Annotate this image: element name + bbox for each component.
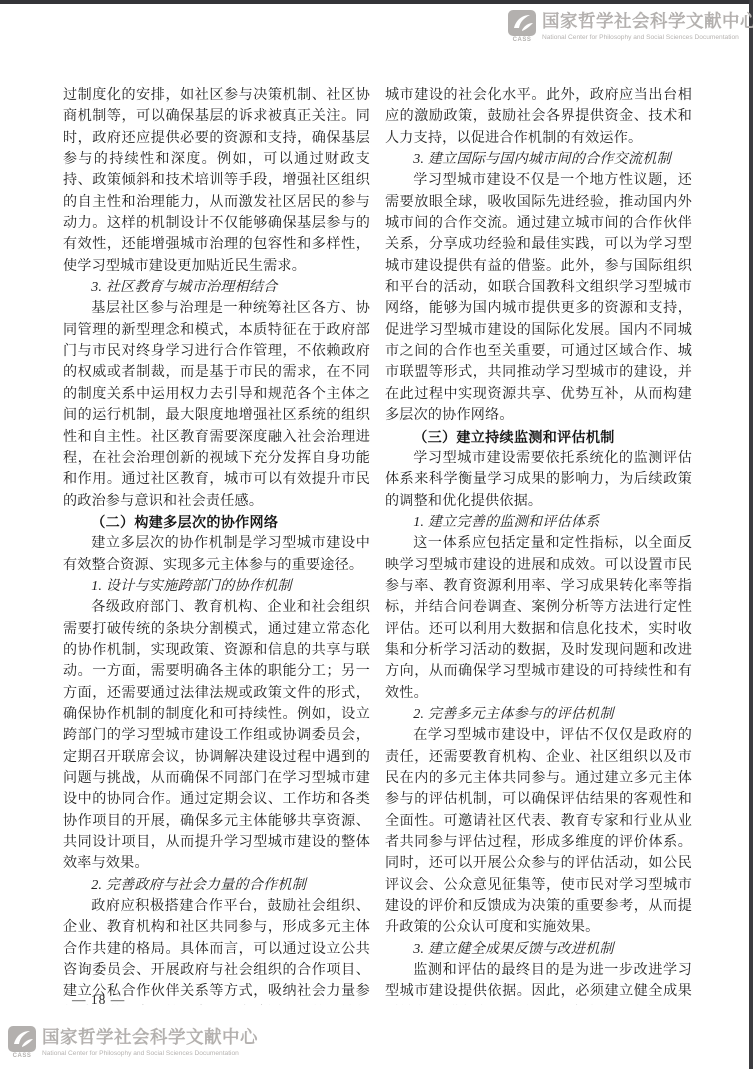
logo-title-cn: 国家哲学社会科学文献中心 — [542, 10, 753, 33]
paragraph: 监测和评估的最终目的是为进一步改进学习型城市建设提供依据。因此，必须建立健全成果… — [385, 960, 692, 1005]
subsection-heading: 1. 建立完善的监测和评估体系 — [385, 512, 692, 533]
section-heading: （三）建立持续监测和评估机制 — [385, 427, 692, 448]
subsection-heading: 2. 完善多元主体参与的评估机制 — [385, 704, 692, 725]
paragraph: 在学习型城市建设中，评估不仅仅是政府的责任，还需要教育机构、企业、社区组织以及市… — [385, 725, 692, 938]
article-column-right: 城市建设的社会化水平。此外，政府应当出台相应的激励政策，鼓励社会各界提供资金、技… — [385, 85, 692, 1005]
subsection-heading: 3. 社区教育与城市治理相结合 — [63, 277, 370, 298]
logo-title-en: National Center for Philosophy and Socia… — [542, 33, 753, 42]
paragraph: 基层社区参与治理是一种统筹社区各方、协同管理的新型理念和模式，本质特征在于政府部… — [63, 298, 370, 511]
article-column-left: 过制度化的安排，如社区参与决策机制、社区协商机制等，可以确保基层的诉求被真正关注… — [63, 85, 370, 1005]
logo-acronym: CASS — [513, 37, 532, 43]
paragraph: 建立多层次的协作机制是学习型城市建设中有效整合资源、实现多元主体参与的重要途径。 — [63, 533, 370, 576]
subsection-heading: 3. 建立健全成果反馈与改进机制 — [385, 939, 692, 960]
logo-badge: CASS — [508, 10, 536, 43]
ncpssd-logo-icon — [508, 10, 536, 36]
footer-logo: CASS 国家哲学社会科学文献中心 National Center for Ph… — [8, 1026, 258, 1059]
article-columns: 过制度化的安排，如社区参与决策机制、社区协商机制等，可以确保基层的诉求被真正关注… — [63, 85, 692, 1005]
window-right-edge — [749, 0, 753, 1069]
paragraph: 政府应积极搭建合作平台，鼓励社会组织、企业、教育机构和社区共同参与，形成多元主体… — [63, 896, 370, 1005]
section-heading: （二）构建多层次的协作网络 — [63, 512, 370, 533]
paragraph: 这一体系应包括定量和定性指标，以全面反映学习型城市建设的进展和成效。可以设置市民… — [385, 533, 692, 704]
ncpssd-logo-icon — [8, 1026, 36, 1052]
subsection-heading: 1. 设计与实施跨部门的协作机制 — [63, 576, 370, 597]
paragraph: 学习型城市建设需要依托系统化的监测评估体系来科学衡量学习成果的影响力，为后续政策… — [385, 448, 692, 512]
header-logo: CASS 国家哲学社会科学文献中心 National Center for Ph… — [508, 10, 753, 43]
paragraph-continued: 过制度化的安排，如社区参与决策机制、社区协商机制等，可以确保基层的诉求被真正关注… — [63, 85, 370, 277]
paragraph-continued: 城市建设的社会化水平。此外，政府应当出台相应的激励政策，鼓励社会各界提供资金、技… — [385, 85, 692, 149]
logo-title-cn: 国家哲学社会科学文献中心 — [42, 1026, 258, 1049]
page-number: — 18 — — [72, 992, 125, 1008]
logo-acronym: CASS — [13, 1053, 32, 1059]
paragraph: 学习型城市建设不仅是一个地方性议题，还需要放眼全球，吸收国际先进经验，推动国内外… — [385, 170, 692, 426]
logo-title-en: National Center for Philosophy and Socia… — [42, 1049, 258, 1058]
subsection-heading: 2. 完善政府与社会力量的合作机制 — [63, 875, 370, 896]
window-top-edge — [0, 0, 753, 4]
subsection-heading: 3. 建立国际与国内城市间的合作交流机制 — [385, 149, 692, 170]
logo-badge: CASS — [8, 1026, 36, 1059]
paragraph: 各级政府部门、教育机构、企业和社会组织需要打破传统的条块分割模式，通过建立常态化… — [63, 597, 370, 874]
